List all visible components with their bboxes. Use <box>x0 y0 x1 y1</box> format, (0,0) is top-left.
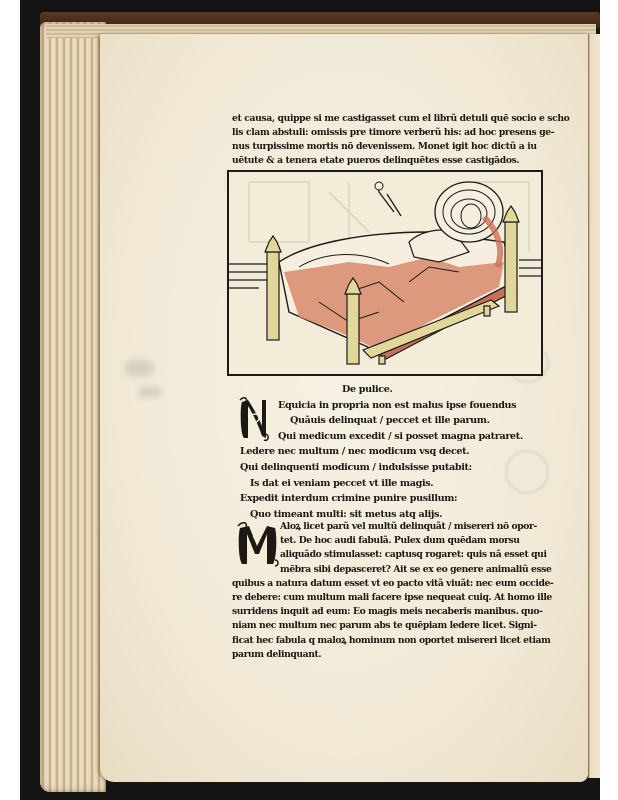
prose-line: re debere: cum multum mali facere ipse n… <box>232 591 572 605</box>
text-line: et causa, quippe si me castigasset cum e… <box>232 112 562 126</box>
bed-scene-icon <box>229 172 541 374</box>
verse-line: Qui medicum excedit / si posset magna pa… <box>240 429 570 445</box>
verse-line: Expedit interdum crimine punire pusillum… <box>240 491 570 507</box>
verse-line: Qui delinquenti modicum / indulsisse put… <box>240 460 570 476</box>
top-paragraph: et causa, quippe si me castigasset cum e… <box>232 112 562 168</box>
prose-line: tet. De hoc audi fabulã. Pulex dum quēda… <box>232 534 572 548</box>
verse-line: Equicia in propria non est malus ipse fo… <box>240 398 570 414</box>
prose-line: parum delinquant. <box>232 648 572 662</box>
prose-line: ficat hec fabula q maloꝝ hominum non opo… <box>232 634 572 648</box>
verse-section: De pulice. Equicia in propria non est ma… <box>240 382 570 522</box>
fable-prose: Aloꝝ licet parũ vel multũ delinquãt / mi… <box>232 520 572 662</box>
prose-line: niam nec multum nec parum abs te quēpiam… <box>232 619 572 633</box>
text-line: uētute & a tenera etate pueros delinquēt… <box>232 154 562 168</box>
prose-line: Aloꝝ licet parũ vel multũ delinquãt / mi… <box>232 520 572 534</box>
prose-line: mēbra sibi depasceret? Ait se ex eo gene… <box>232 563 572 577</box>
text-line: nus turpissime mortis nō devenissem. Mon… <box>232 140 562 154</box>
decorated-initial-icon <box>238 396 270 442</box>
verse-line: Quãuis delinquat / peccet et ille parum. <box>240 413 570 429</box>
bleed-through-mark <box>138 386 162 398</box>
text-line: lis clam abstuli: omissis pre timore ver… <box>232 126 562 140</box>
decorated-initial-n <box>238 396 270 442</box>
fable-title: De pulice. <box>240 382 570 398</box>
page-stack-fore-edge <box>40 22 106 792</box>
prose-line: aliquãdo stimulasset: captusq rogaret: q… <box>232 548 572 562</box>
woodcut-illustration <box>227 170 543 376</box>
bleed-through-mark <box>124 360 154 376</box>
facing-page-edge <box>588 34 600 778</box>
verse-line: Is dat ei veniam peccet vt ille magis. <box>240 476 570 492</box>
prose-line: quibus a natura datum esset vt eo pacto … <box>232 577 572 591</box>
verse-line: Ledere nec multum / nec modicum vsq dece… <box>240 444 570 460</box>
prose-line: surridens inquit ad eum: Eo magis meis n… <box>232 605 572 619</box>
